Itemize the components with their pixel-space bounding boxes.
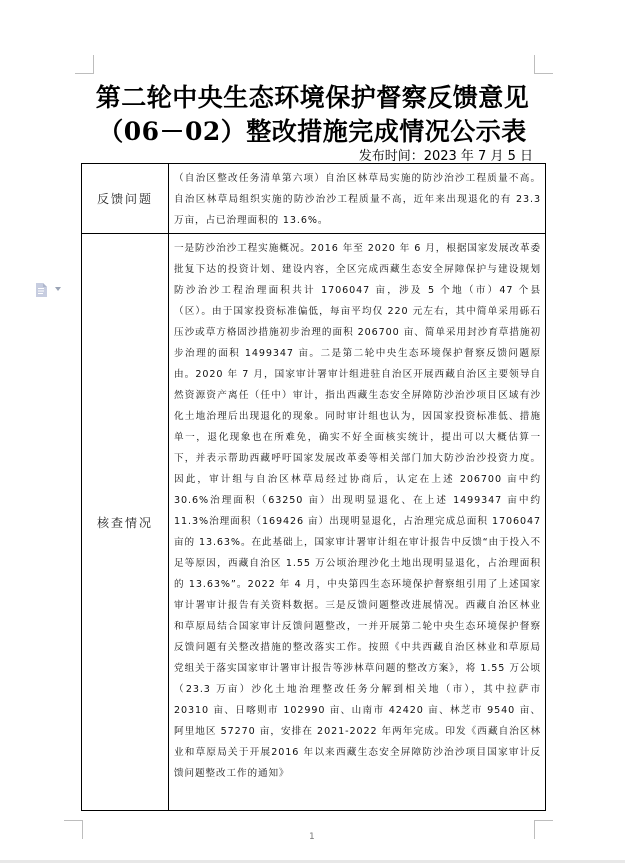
chevron-down-icon[interactable]: [55, 287, 61, 291]
page-number: 1: [309, 832, 315, 842]
margin-corner-top-left: [75, 55, 94, 74]
row-content-verification: 一是防沙治沙工程实施概况。2016 年至 2020 年 6 月，根据国家发展改革…: [169, 234, 546, 811]
row-content-feedback-issue: （自治区整改任务清单第六项）自治区林草局实施的防沙治沙工程质量不高。自治区林草局…: [169, 164, 546, 234]
row-label-feedback-issue: 反馈问题: [82, 164, 169, 234]
margin-corner-bottom-right: [534, 820, 553, 839]
document-icon[interactable]: [35, 283, 47, 297]
margin-corner-top-right: [534, 55, 553, 74]
table-row: 核查情况 一是防沙治沙工程实施概况。2016 年至 2020 年 6 月，根据国…: [82, 234, 546, 811]
document-title-line-1: 第二轮中央生态环境保护督察反馈意见: [0, 78, 625, 114]
margin-corner-bottom-left: [64, 820, 83, 839]
publish-date: 发布时间：2023 年 7 月 5 日: [359, 145, 533, 164]
row-label-verification: 核查情况: [82, 234, 169, 811]
table-row: 反馈问题 （自治区整改任务清单第六项）自治区林草局实施的防沙治沙工程质量不高。自…: [82, 164, 546, 234]
document-title-line-2: （06－02）整改措施完成情况公示表: [0, 112, 625, 148]
document-page: 第二轮中央生态环境保护督察反馈意见 （06－02）整改措施完成情况公示表 发布时…: [0, 0, 625, 860]
rectification-table: 反馈问题 （自治区整改任务清单第六项）自治区林草局实施的防沙治沙工程质量不高。自…: [81, 163, 546, 811]
